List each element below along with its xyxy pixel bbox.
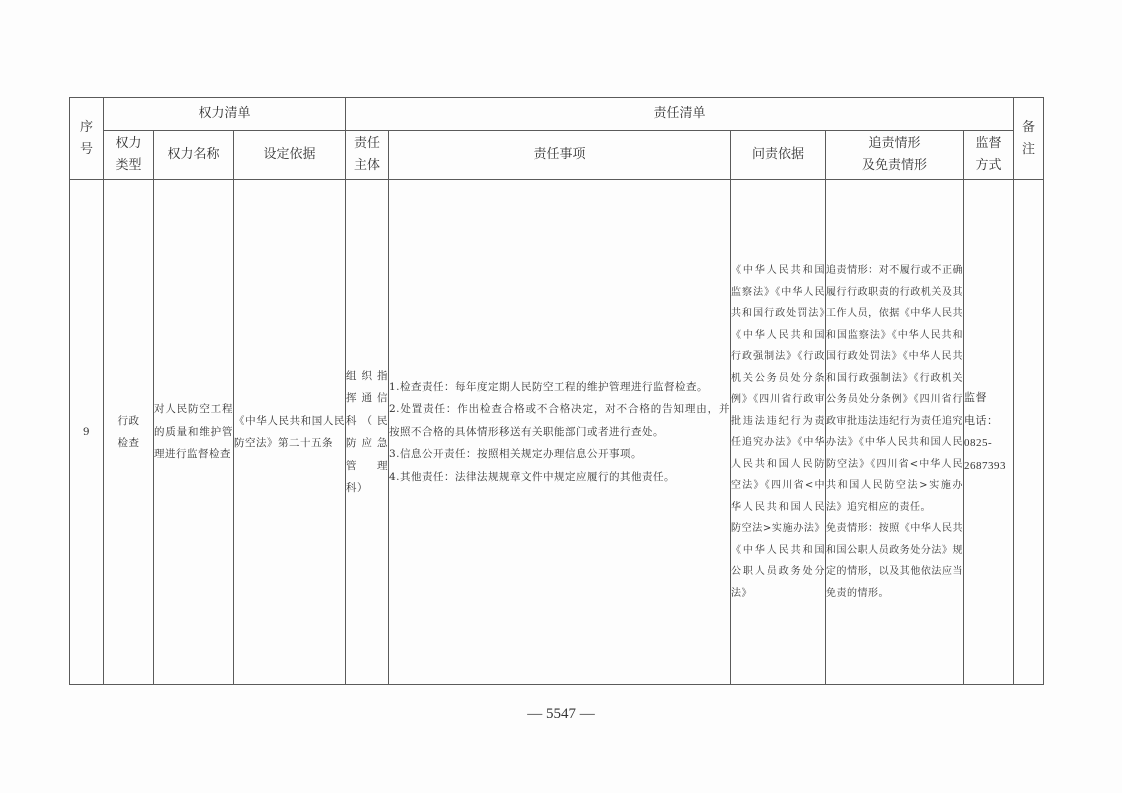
duty-item-disclosure: 3.信息公开责任：按照相关规定办理信息公开事项。 (389, 443, 730, 466)
header-seq: 序号 (70, 98, 104, 180)
cell-seq: 9 (70, 180, 104, 685)
cell-accountability-cases: 追责情形：对不履行或不正确履行行政职责的行政机关及其工作人员，依据《中华人民共和… (826, 180, 964, 685)
header-power-type: 权力 类型 (104, 131, 154, 180)
cell-duties: 1.检查责任：每年度定期人民防空工程的维护管理进行监督检查。 2.处置责任：作出… (389, 180, 731, 685)
header-supervision: 监督 方式 (964, 131, 1014, 180)
cell-supervision-phone: 监督 电话： 0825- 2687393 (964, 180, 1014, 685)
power-responsibility-table: 序号 权力清单 责任清单 备注 权力 类型 权力名称 设定依据 责任 主体 责任… (69, 97, 1044, 685)
header-duties: 责任事项 (389, 131, 731, 180)
header-remark-label: 备注 (1022, 117, 1036, 161)
page-number: — 5547 — (0, 706, 1122, 723)
header-seq-label: 序号 (80, 117, 94, 161)
header-responsibility-list: 责任清单 (346, 98, 1014, 131)
duty-item-handling: 2.处置责任：作出检查合格或不合格决定，对不合格的告知理由，并按照不合格的具体情… (389, 398, 730, 443)
exempt-cases: 免责情形：按照《中华人民共和国公职人员政务处分法》规定的情形，以及其他依法应当免… (826, 518, 963, 604)
header-power-name: 权力名称 (154, 131, 234, 180)
cell-subject: 组织指挥通信科（民防应急管 理科） (346, 180, 389, 685)
duty-item-other: 4.其他责任：法律法规规章文件中规定应履行的其他责任。 (389, 466, 730, 489)
duty-item-inspection: 1.检查责任：每年度定期人民防空工程的维护管理进行监督检查。 (389, 376, 730, 399)
header-remark: 备注 (1014, 98, 1044, 180)
header-accountability-cases: 追责情形 及免责情形 (826, 131, 964, 180)
cell-power-name: 对人民防空工程的质量和维护管理进行监督检查 (154, 180, 234, 685)
header-power-list: 权力清单 (104, 98, 346, 131)
pursue-cases: 追责情形：对不履行或不正确履行行政职责的行政机关及其工作人员，依据《中华人民共和… (826, 260, 963, 518)
cell-accountability-basis: 《中华人民共和国监察法》《中华人民共和国行政处罚法》《中华人民共和国行政强制法》… (731, 180, 826, 685)
header-accountability-basis: 问责依据 (731, 131, 826, 180)
cell-basis: 《中华人民共和国人民防空法》第二十五条 (234, 180, 346, 685)
header-subject: 责任 主体 (346, 131, 389, 180)
cell-power-type: 行政 检查 (104, 180, 154, 685)
header-basis: 设定依据 (234, 131, 346, 180)
table-row: 9 行政 检查 对人民防空工程的质量和维护管理进行监督检查 《中华人民共和国人民… (70, 180, 1044, 685)
cell-remark (1014, 180, 1044, 685)
